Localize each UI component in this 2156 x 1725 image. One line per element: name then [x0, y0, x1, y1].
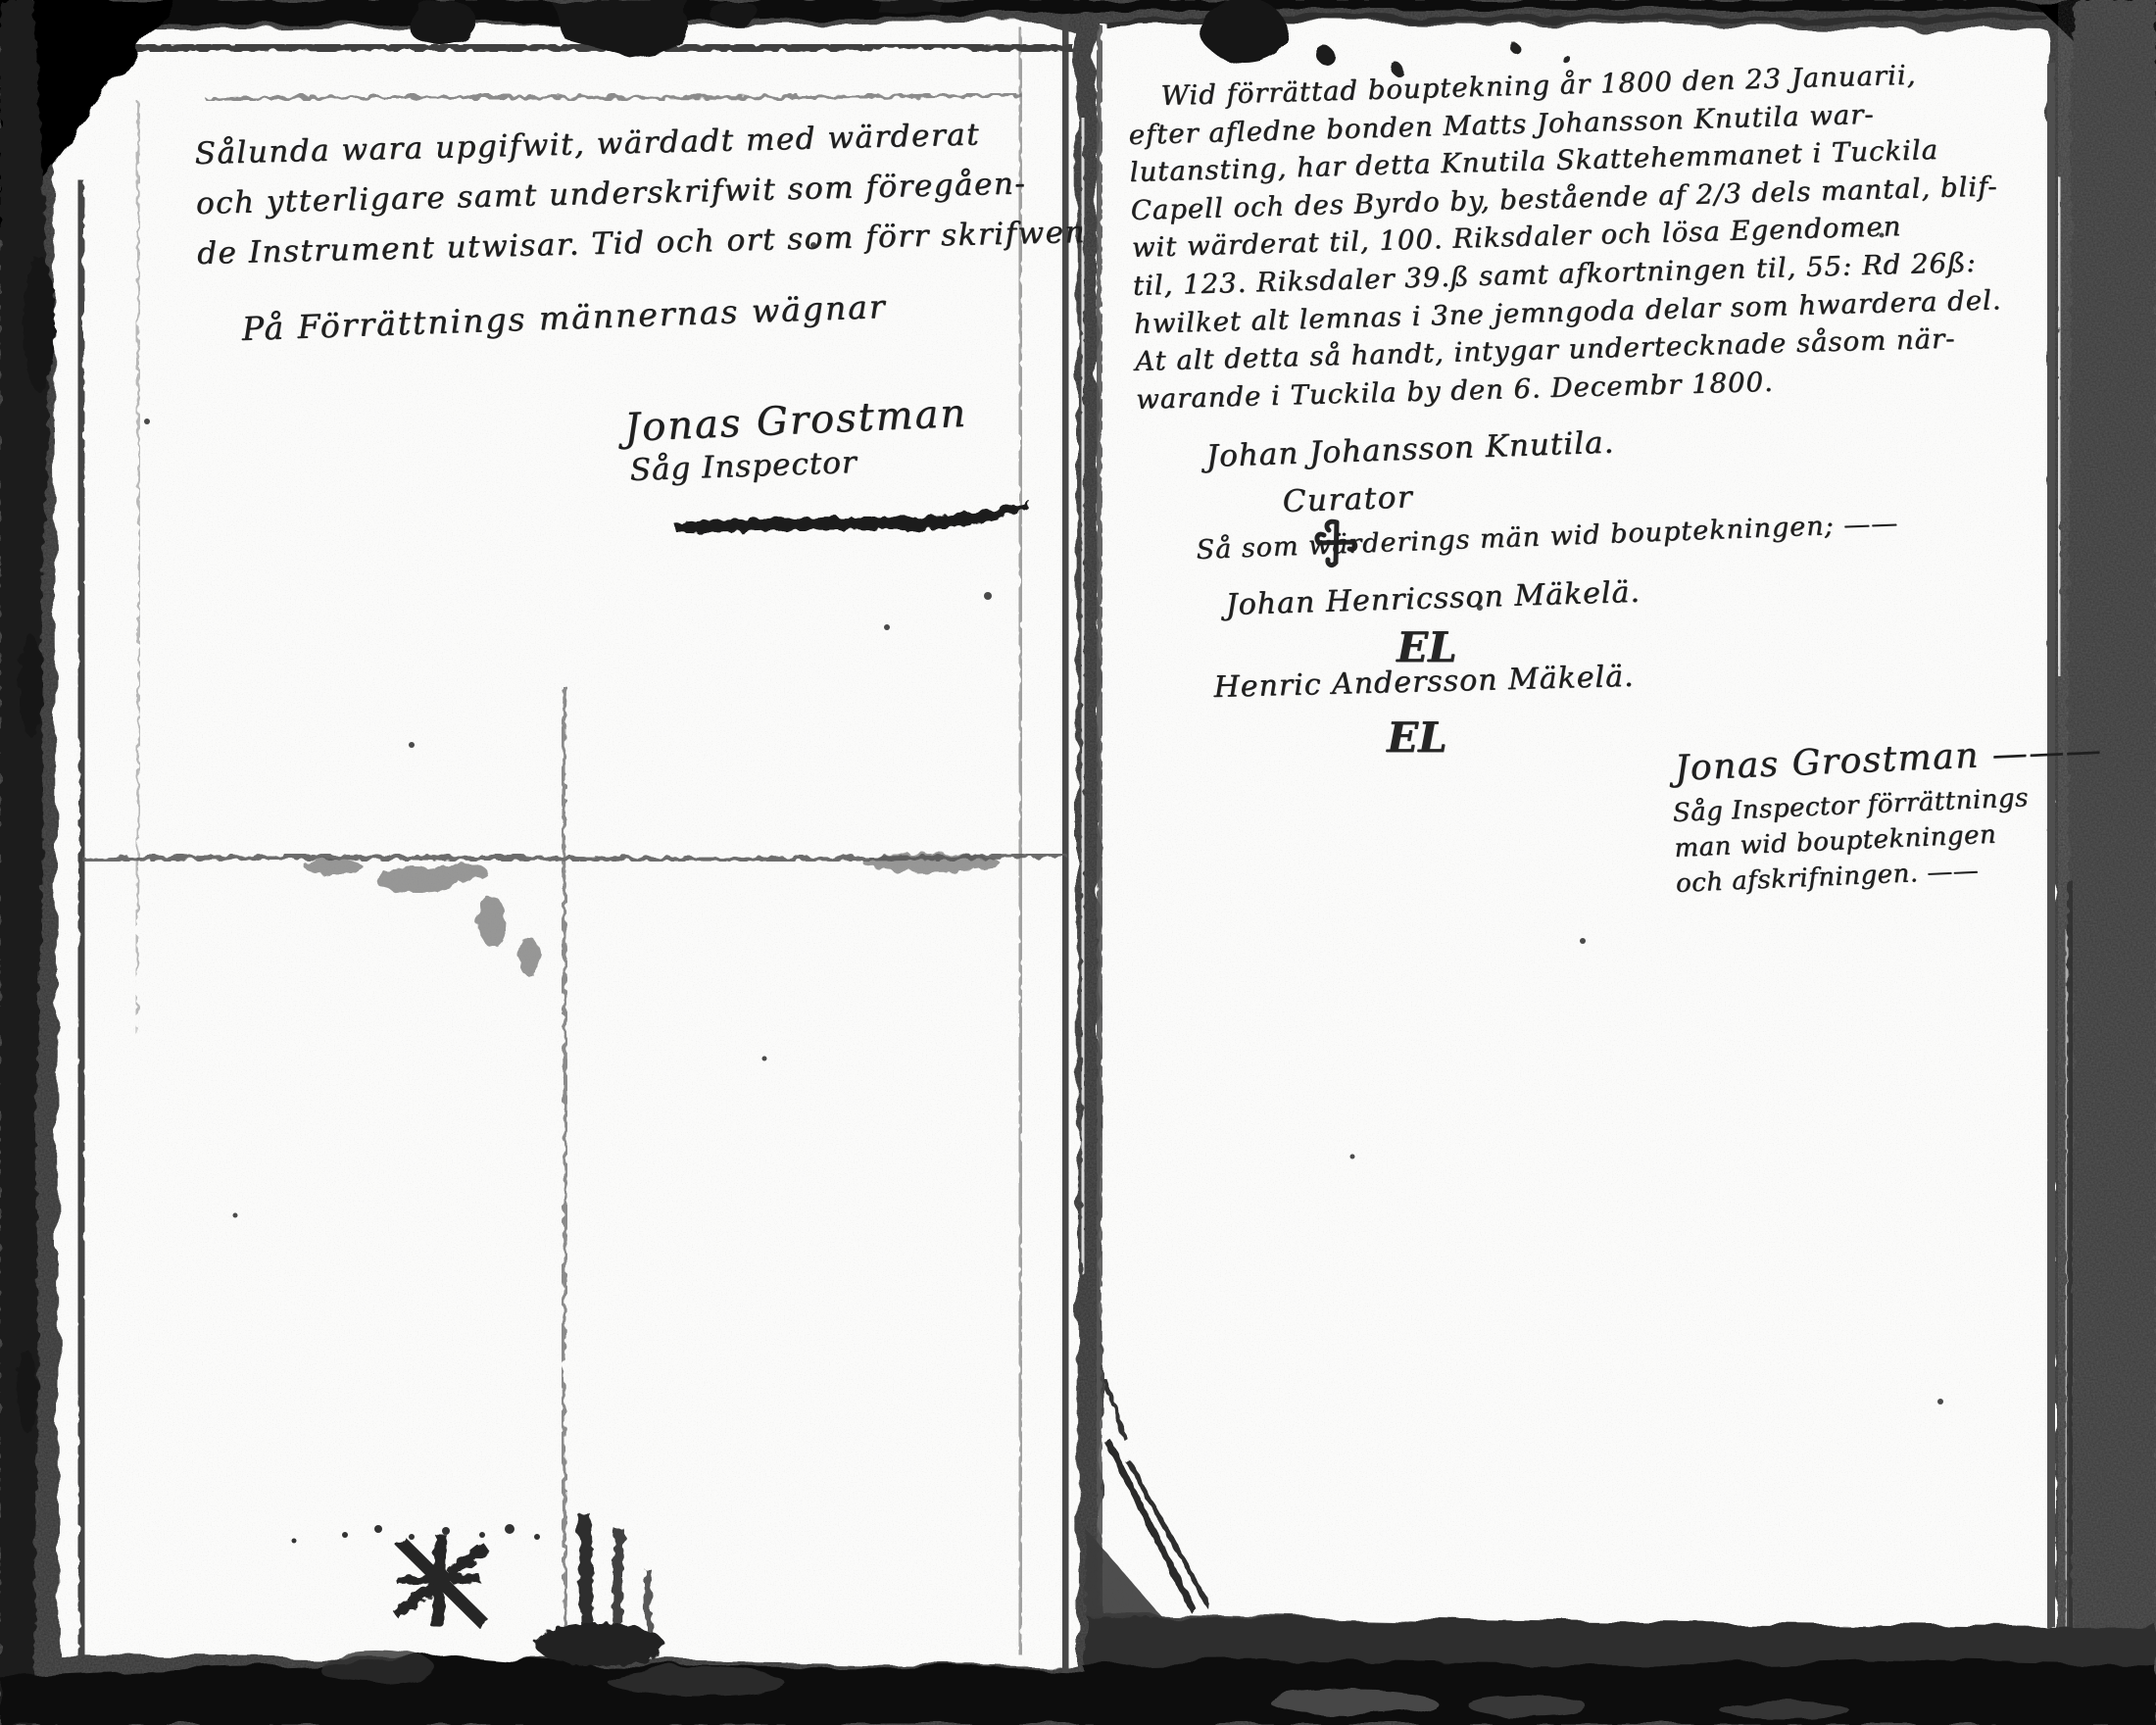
- scanned-document-page: Sålunda wara upgifwit, wärdadt med wärde…: [0, 0, 2156, 1725]
- scan-frame-right: [2048, 0, 2156, 1725]
- left-page-body: Sålunda wara upgifwit, wärdadt med wärde…: [194, 108, 1086, 279]
- officiant-title-block: Såg Inspector förrättnings man wid boupt…: [1672, 780, 2033, 902]
- curator-label: Curator: [1282, 479, 1414, 519]
- valuer2-bomarke-mark: EL: [1387, 714, 1447, 762]
- right-page-body: Wid förrättad bouptekning år 1800 den 23…: [1127, 54, 2004, 419]
